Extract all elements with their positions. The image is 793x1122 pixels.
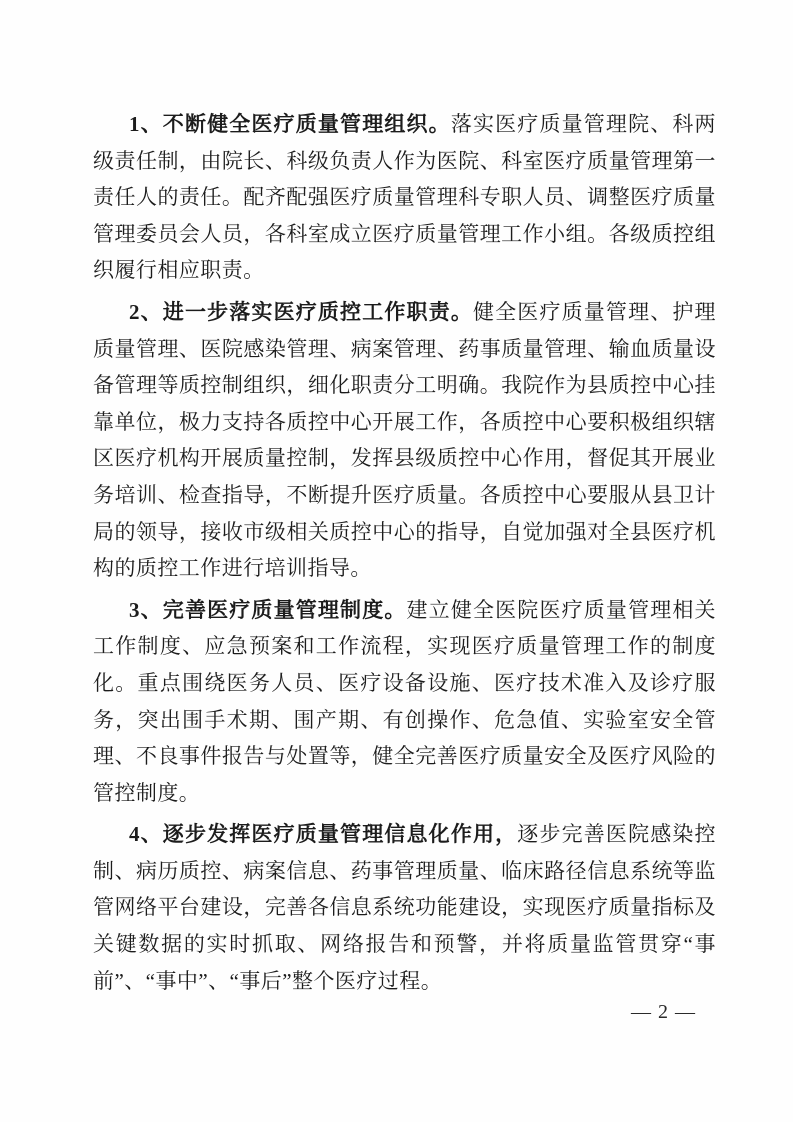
paragraph-1-text: 落实医疗质量管理院、科两级责任制，由院长、科级负责人作为医院、科室医疗质量管理第… (93, 112, 716, 282)
document-body: 1、不断健全医疗质量管理组织。落实医疗质量管理院、科两级责任制，由院长、科级负责… (93, 106, 716, 999)
paragraph-2-text: 健全医疗质量管理、护理质量管理、医院感染管理、病案管理、药事质量管理、输血质量设… (93, 300, 716, 580)
paragraph-2-heading: 2、进一步落实医疗质控工作职责。 (129, 300, 473, 324)
paragraph-3-heading: 3、完善医疗质量管理制度。 (129, 598, 407, 622)
paragraph-4: 4、逐步发挥医疗质量管理信息化作用，逐步完善医院感染控制、病历质控、病案信息、药… (93, 816, 716, 999)
paragraph-3-text: 建立健全医院医疗质量管理相关工作制度、应急预案和工作流程，实现医疗质量管理工作的… (93, 598, 716, 805)
paragraph-2: 2、进一步落实医疗质控工作职责。健全医疗质量管理、护理质量管理、医院感染管理、病… (93, 294, 716, 587)
paragraph-4-text: 逐步完善医院感染控制、病历质控、病案信息、药事管理质量、临床路径信息系统等监管网… (93, 822, 716, 992)
paragraph-4-heading: 4、逐步发挥医疗质量管理信息化作用， (129, 822, 517, 846)
document-page: 1、不断健全医疗质量管理组织。落实医疗质量管理院、科两级责任制，由院长、科级负责… (0, 0, 793, 1122)
paragraph-3: 3、完善医疗质量管理制度。建立健全医院医疗质量管理相关工作制度、应急预案和工作流… (93, 592, 716, 812)
page-number: — 2 — (631, 1001, 696, 1024)
paragraph-1: 1、不断健全医疗质量管理组织。落实医疗质量管理院、科两级责任制，由院长、科级负责… (93, 106, 716, 289)
paragraph-1-heading: 1、不断健全医疗质量管理组织。 (129, 112, 451, 136)
